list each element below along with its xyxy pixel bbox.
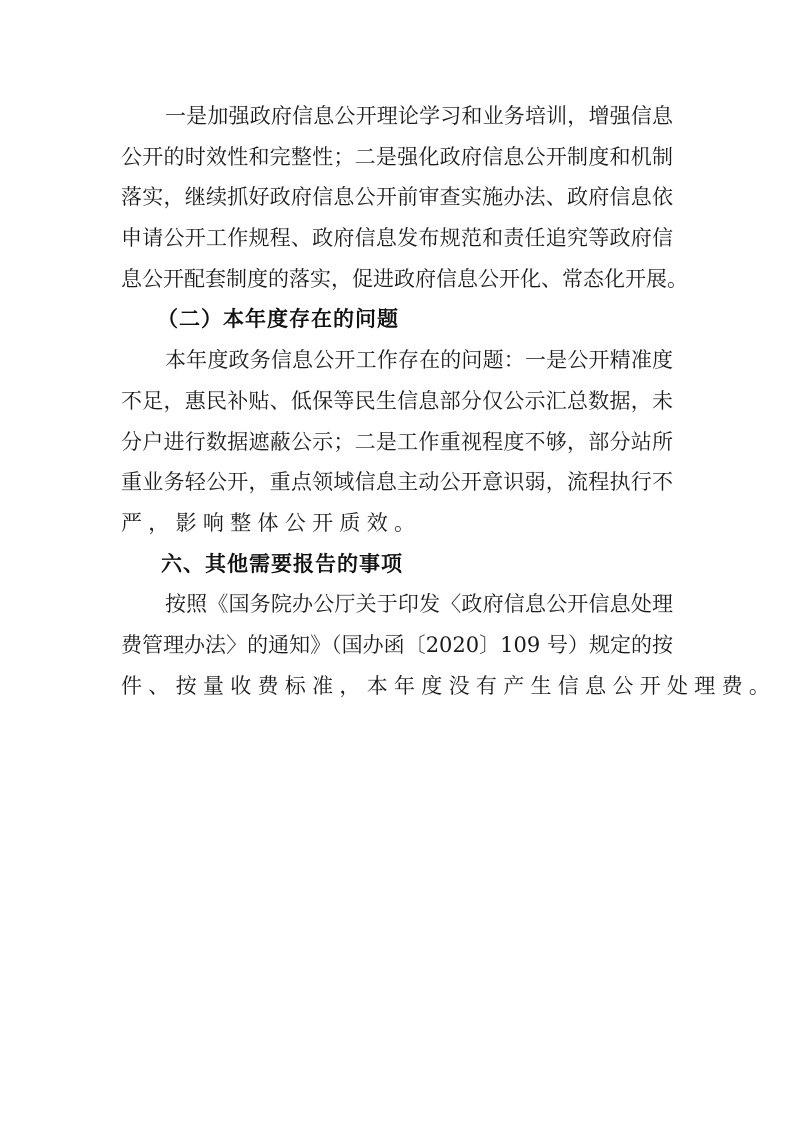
text-line: 一是加强政府信息公开理论学习和业务培训，增强信息	[121, 96, 673, 137]
text-line: 严，影响整体公开质效。	[121, 503, 673, 544]
paragraph-other-matters: 按照《国务院办公厅关于印发〈政府信息公开信息处理 费管理办法〉的通知》（国办函〔…	[121, 584, 673, 706]
text-line: 件、按量收费标准，本年度没有产生信息公开处理费。	[121, 666, 673, 707]
text-line: 费管理办法〉的通知》（国办函〔2020〕109 号）规定的按	[121, 625, 673, 666]
document-page: 一是加强政府信息公开理论学习和业务培训，增强信息 公开的时效性和完整性；二是强化…	[0, 0, 793, 1122]
section-heading: 六、其他需要报告的事项	[121, 544, 673, 585]
text-line: 分户进行数据遮蔽公示；二是工作重视程度不够，部分站所	[121, 422, 673, 463]
text-line: 息公开配套制度的落实，促进政府信息公开化、常态化开展。	[121, 259, 673, 300]
paragraph-problems: 本年度政务信息公开工作存在的问题：一是公开精准度 不足，惠民补贴、低保等民生信息…	[121, 340, 673, 543]
text-line: 本年度政务信息公开工作存在的问题：一是公开精准度	[121, 340, 673, 381]
text-line: 按照《国务院办公厅关于印发〈政府信息公开信息处理	[121, 584, 673, 625]
section-sub-heading: （二）本年度存在的问题	[121, 299, 673, 340]
paragraph-improvement-measures: 一是加强政府信息公开理论学习和业务培训，增强信息 公开的时效性和完整性；二是强化…	[121, 96, 673, 299]
text-line: 不足，惠民补贴、低保等民生信息部分仅公示汇总数据，未	[121, 381, 673, 422]
text-line: 重业务轻公开，重点领域信息主动公开意识弱，流程执行不	[121, 462, 673, 503]
text-line: 落实，继续抓好政府信息公开前审查实施办法、政府信息依	[121, 177, 673, 218]
document-body: 一是加强政府信息公开理论学习和业务培训，增强信息 公开的时效性和完整性；二是强化…	[121, 96, 673, 706]
text-line: 申请公开工作规程、政府信息发布规范和责任追究等政府信	[121, 218, 673, 259]
text-line: 公开的时效性和完整性；二是强化政府信息公开制度和机制	[121, 137, 673, 178]
